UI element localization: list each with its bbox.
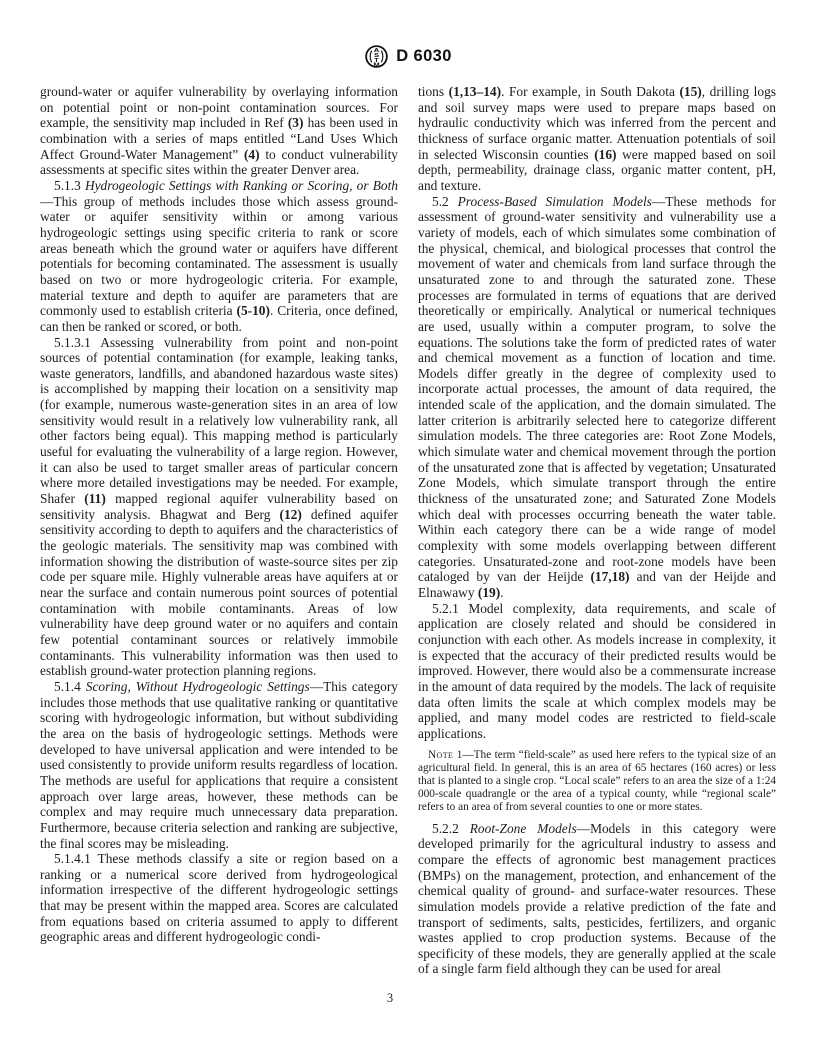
astm-logo-icon: A S T M	[364, 44, 389, 69]
body-text: 5.1.4	[54, 679, 86, 694]
body-text: 1—The term “field-scale” as used here re…	[418, 749, 776, 814]
document-header: A S T M D 6030	[0, 44, 816, 69]
body-text: . For example, in South Dakota	[501, 84, 679, 99]
paragraph: 5.1.4 Scoring, Without Hydrogeologic Set…	[40, 679, 398, 851]
reference-citation: (3)	[288, 115, 304, 130]
paragraph: 5.1.3.1 Assessing vulnerability from poi…	[40, 335, 398, 679]
reference-citation: (11)	[84, 491, 106, 506]
body-text: 5.1.3	[54, 178, 85, 193]
reference-citation: (5-10)	[236, 303, 269, 318]
body-text: 5.2.2	[432, 821, 470, 836]
paragraph: 5.1.4.1 These methods classify a site or…	[40, 851, 398, 945]
right-column: tions (1,13–14). For example, in South D…	[418, 84, 776, 977]
body-text: —Models in this category were developed …	[418, 821, 776, 977]
reference-citation: (1,13–14)	[449, 84, 501, 99]
paragraph: tions (1,13–14). For example, in South D…	[418, 84, 776, 194]
note-paragraph: Note 1—The term “field-scale” as used he…	[418, 749, 776, 815]
reference-citation: (4)	[244, 147, 260, 162]
paragraph: 5.2.1 Model complexity, data requirement…	[418, 601, 776, 742]
section-heading-text: Process-Based Simulation Models	[458, 194, 652, 209]
reference-citation: (19)	[478, 585, 500, 600]
section-heading-text: Scoring, Without Hydrogeologic Settings	[86, 679, 310, 694]
page-number: 3	[0, 991, 780, 1006]
body-text: —These methods for assessment of ground-…	[418, 194, 776, 585]
paragraph: 5.2.2 Root-Zone Models—Models in this ca…	[418, 821, 776, 978]
body-text: Note	[428, 749, 453, 761]
body-text: 5.1.4.1 These methods classify a site or…	[40, 851, 398, 944]
document-page: A S T M D 6030 ground-water or aquifer v…	[0, 0, 816, 1056]
body-text: 5.2	[432, 194, 458, 209]
reference-citation: (16)	[594, 147, 616, 162]
section-heading-text: Hydrogeologic Settings with Ranking or S…	[85, 178, 398, 193]
reference-citation: (17,18)	[590, 569, 629, 584]
body-text: tions	[418, 84, 449, 99]
svg-text:M: M	[374, 62, 381, 68]
paragraph: ground-water or aquifer vulnerability by…	[40, 84, 398, 178]
body-text: .	[500, 585, 503, 600]
body-text: —This group of methods includes those wh…	[40, 194, 398, 319]
body-text: 5.1.3.1 Assessing vulnerability from poi…	[40, 335, 398, 507]
section-heading-text: Root-Zone Models	[470, 821, 577, 836]
paragraph: 5.2 Process-Based Simulation Models—Thes…	[418, 194, 776, 601]
body-text: defined aquifer sensitivity according to…	[40, 507, 398, 679]
reference-citation: (12)	[280, 507, 302, 522]
body-text: 5.2.1 Model complexity, data requirement…	[418, 601, 776, 741]
reference-citation: (15)	[679, 84, 701, 99]
doc-code: D 6030	[396, 47, 452, 66]
left-column: ground-water or aquifer vulnerability by…	[40, 84, 398, 945]
body-text: —This category includes those methods th…	[40, 679, 398, 851]
paragraph: 5.1.3 Hydrogeologic Settings with Rankin…	[40, 178, 398, 335]
